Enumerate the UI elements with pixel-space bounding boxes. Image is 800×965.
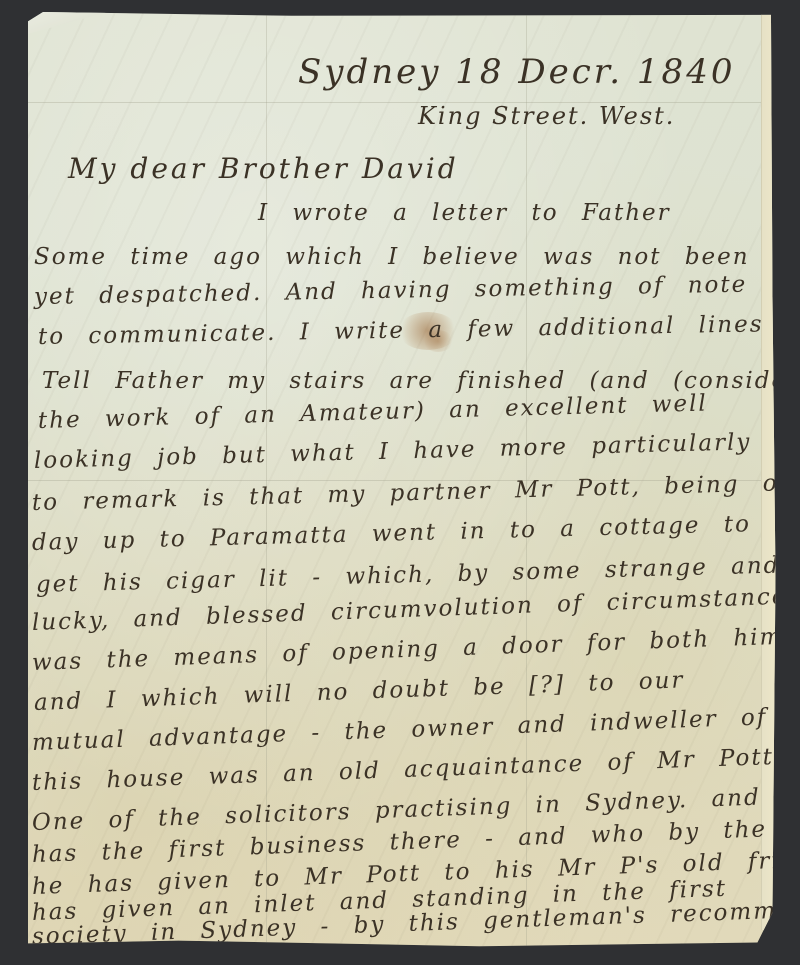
letter-line: to communicate. I write a few additional… <box>38 311 764 350</box>
heading-place-date: Sydney 18 Decr. 1840 <box>298 52 735 92</box>
letter-line: day up to Paramatta went in to a cottage… <box>32 511 752 556</box>
letter-line: yet despatched. And having something of … <box>34 272 748 310</box>
letter-line: looking job but what I have more particu… <box>34 429 752 474</box>
letter-line: the work of an Amateur) an excellent wel… <box>38 390 708 434</box>
heading-address: King Street. West. <box>418 102 675 130</box>
salutation: My dear Brother David <box>68 152 459 185</box>
letter-line: to remark is that my partner Mr Pott, be… <box>32 470 800 516</box>
letter-line: Some time ago which I believe was not be… <box>34 244 750 270</box>
letter-line: and I which will no doubt be [?] to our <box>34 667 685 716</box>
letter-line: I wrote a letter to Father <box>258 200 671 226</box>
folded-corner <box>28 12 108 34</box>
letter-page: Sydney 18 Decr. 1840 King Street. West. … <box>28 12 780 950</box>
